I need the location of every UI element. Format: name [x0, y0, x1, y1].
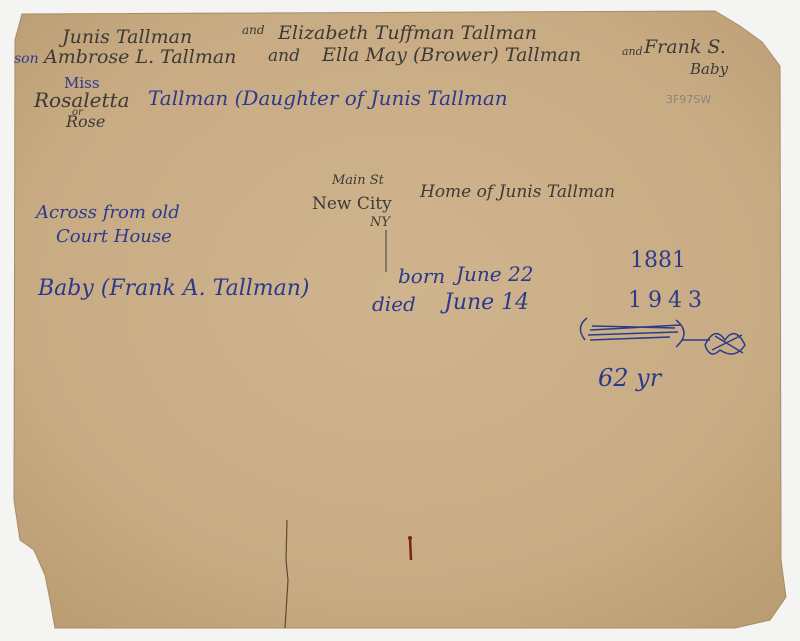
label-baby: Baby — [690, 62, 728, 77]
daughter-of-junis-tallman: Tallman (Daughter of Junis Tallman — [148, 88, 508, 108]
address-state: NY — [370, 216, 390, 229]
name-frank-s: Frank S. — [644, 38, 726, 57]
catalog-number: 3F97SW — [666, 94, 711, 105]
name-ambrose-tallman: Ambrose L. Tallman — [44, 48, 236, 67]
conjunction-and-2: and — [268, 48, 300, 65]
born-year: 1881 — [630, 250, 686, 272]
baby-frank-a-tallman: Baby (Frank A. Tallman) — [38, 278, 310, 300]
label-son: son — [14, 52, 39, 66]
location-note-line2: Court House — [56, 228, 172, 246]
label-born: born — [398, 266, 445, 286]
address-street: Main St — [332, 174, 384, 187]
born-date: June 22 — [456, 264, 533, 284]
caption-home-of-junis-tallman: Home of Junis Tallman — [420, 184, 615, 201]
photo-mount-card: Junis Tallman and Elizabeth Tuffman Tall… — [0, 0, 800, 641]
label-died: died — [372, 294, 416, 314]
location-note-line1: Across from old — [36, 204, 180, 222]
address-city: New City — [312, 196, 392, 213]
died-year: 1943 — [628, 290, 708, 312]
name-ella-may-brower-tallman: Ella May (Brower) Tallman — [322, 46, 581, 65]
name-junis-tallman: Junis Tallman — [62, 28, 192, 47]
died-date: June 14 — [444, 292, 529, 314]
conjunction-and-3: and — [622, 46, 643, 57]
age-at-death: 62 yr — [598, 366, 661, 390]
conjunction-and: and — [242, 24, 265, 36]
name-elizabeth-tuffman-tallman: Elizabeth Tuffman Tallman — [278, 24, 537, 43]
name-rose: Rose — [66, 114, 105, 130]
